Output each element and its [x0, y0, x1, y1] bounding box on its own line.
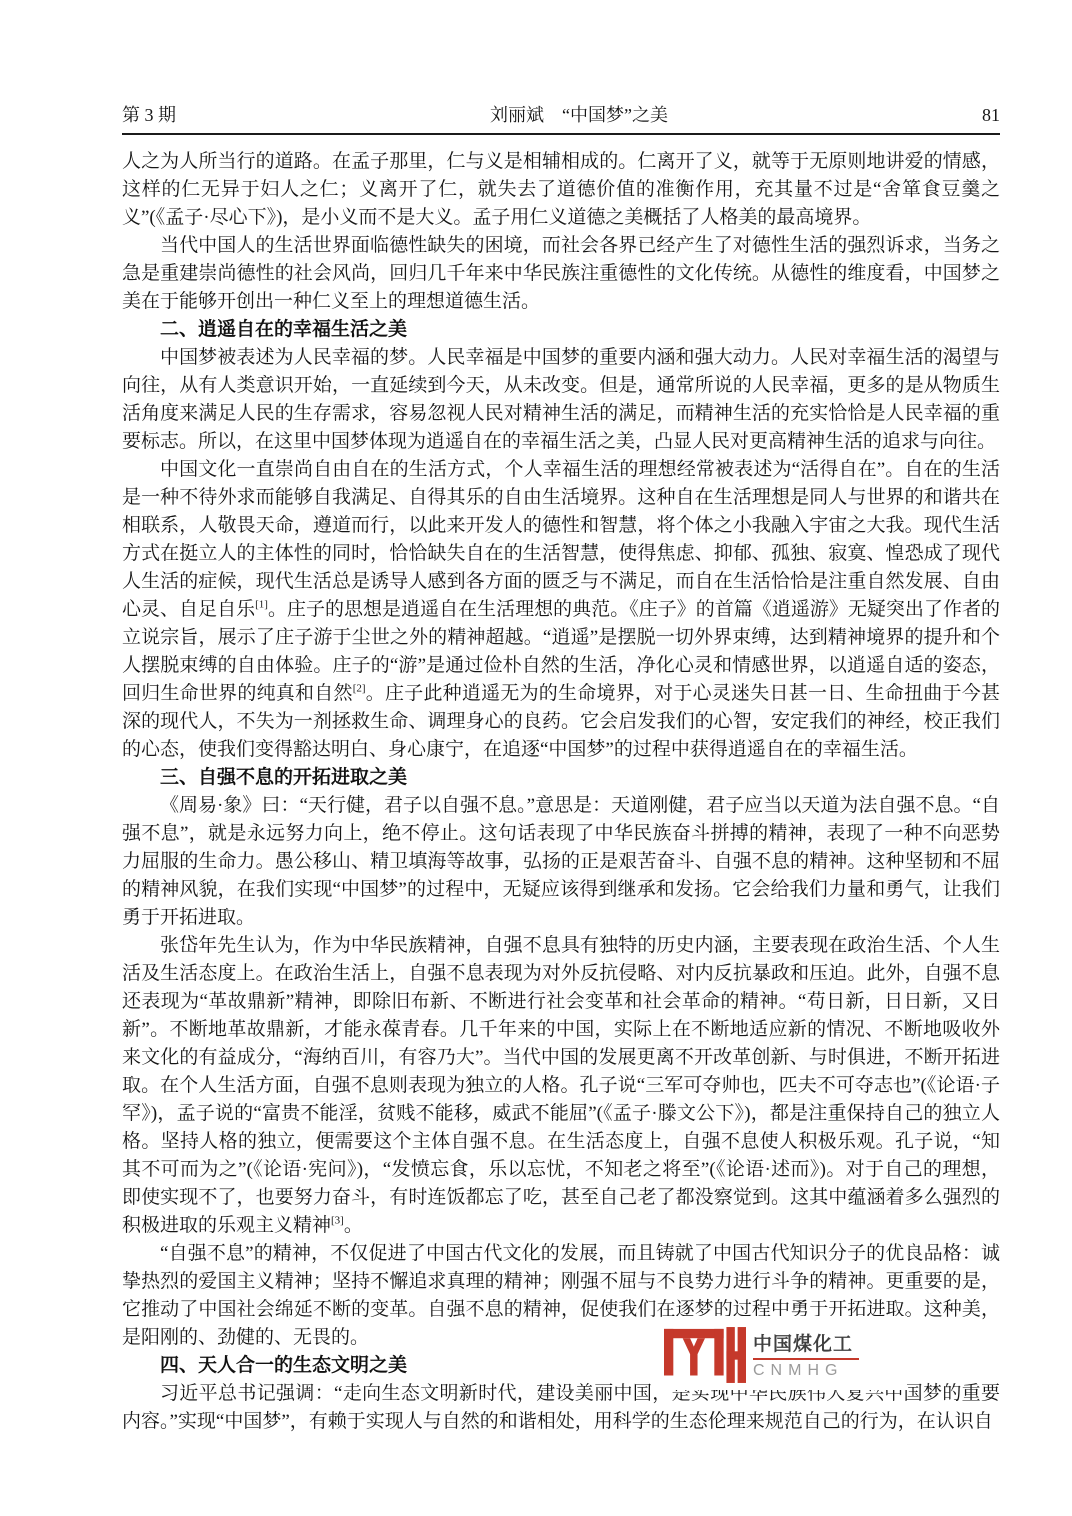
- section-heading: 二、逍遥自在的幸福生活之美: [122, 316, 1000, 344]
- issue-label: 第 3 期: [122, 106, 176, 126]
- footnote-ref: [3]: [331, 1214, 344, 1226]
- journal-page: 第 3 期 刘丽斌 “中国梦”之美 81 人之为人所当行的道路。在孟子那里，仁与…: [122, 106, 1000, 1436]
- footnote-ref: [2]: [353, 682, 366, 694]
- watermark: 中国煤化工 CNMHG: [664, 1316, 907, 1390]
- paragraph: 人之为人所当行的道路。在孟子那里，仁与义是相辅相成的。仁离开了义，就等于无原则地…: [122, 148, 1000, 232]
- paragraph: 中国文化一直崇尚自由自在的生活方式，个人幸福生活的理想经常被表述为“活得自在”。…: [122, 456, 1000, 764]
- paragraph: 中国梦被表述为人民幸福的梦。人民幸福是中国梦的重要内涵和强大动力。人民对幸福生活…: [122, 344, 1000, 456]
- watermark-text: 中国煤化工 CNMHG: [753, 1329, 865, 1380]
- watermark-subtitle: CNMHG: [753, 1362, 865, 1380]
- paragraph: 当代中国人的生活世界面临德性缺失的困境，而社会各界已经产生了对德性生活的强烈诉求…: [122, 232, 1000, 316]
- paragraph: 《周易·象》曰：“天行健，君子以自强不息。”意思是：天道刚健，君子应当以天道为法…: [122, 792, 1000, 932]
- page-number: 81: [982, 106, 1000, 126]
- article-body: 人之为人所当行的道路。在孟子那里，仁与义是相辅相成的。仁离开了义，就等于无原则地…: [122, 148, 1000, 1436]
- cnmhg-logo-icon: [664, 1327, 746, 1383]
- section-heading: 三、自强不息的开拓进取之美: [122, 764, 1000, 792]
- paragraph: 张岱年先生认为，作为中华民族精神，自强不息具有独特的历史内涵，主要表现在政治生活…: [122, 932, 1000, 1240]
- page-header: 第 3 期 刘丽斌 “中国梦”之美 81: [122, 106, 1000, 135]
- watermark-title: 中国煤化工: [753, 1329, 865, 1356]
- watermark-divider: [753, 1358, 859, 1360]
- footnote-ref: [1]: [255, 598, 268, 610]
- running-title: 刘丽斌 “中国梦”之美: [490, 106, 668, 126]
